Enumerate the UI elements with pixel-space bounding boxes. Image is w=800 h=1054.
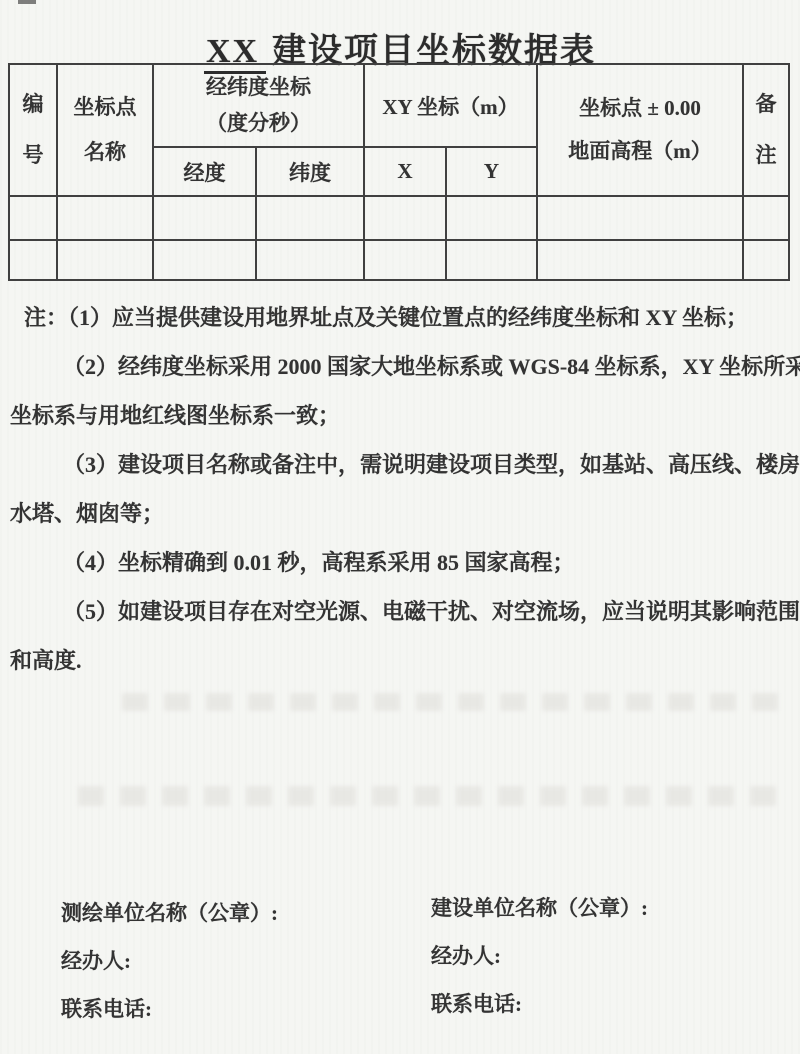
cell-index <box>9 196 57 240</box>
construction-unit-name-label: 建设单位名称（公章）: <box>431 884 648 932</box>
cell-y <box>446 240 537 280</box>
col-group-xy: XY 坐标（m） <box>364 64 537 147</box>
note-line-5b: 和高度. <box>8 636 794 685</box>
col-group-latlon: 经纬度坐标 （度分秒） <box>153 64 364 147</box>
note-line-4: （4）坐标精确到 0.01 秒，高程系采用 85 国家高程； <box>8 538 794 587</box>
col-header-point-name: 坐标点名称 <box>57 64 153 196</box>
cell-latitude <box>256 196 364 240</box>
construction-agent-label: 经办人: <box>431 932 648 980</box>
cell-point-name <box>57 196 153 240</box>
surveying-phone-label: 联系电话: <box>61 985 278 1033</box>
col-header-index: 编号 <box>9 64 57 196</box>
construction-unit-signature-block: 建设单位名称（公章）: 经办人: 联系电话: <box>431 884 648 1028</box>
coordinate-data-table: 编号 坐标点名称 经纬度坐标 （度分秒） XY 坐标（m） 坐标点 ± 0.00… <box>8 63 790 281</box>
notes-section: 注：（1）应当提供建设用地界址点及关键位置点的经纬度坐标和 XY 坐标； （2）… <box>8 293 794 685</box>
cell-longitude <box>153 240 256 280</box>
construction-phone-label: 联系电话: <box>431 980 648 1028</box>
col-header-remark: 备注 <box>743 64 789 196</box>
col-header-elevation-line2: 地面高程（m） <box>538 130 742 173</box>
col-group-latlon-line1: 经纬度坐标 <box>154 70 363 106</box>
note-line-3b: 水塔、烟囱等； <box>8 489 794 538</box>
cell-elevation <box>537 240 743 280</box>
note-line-2b: 坐标系与用地红线图坐标系一致； <box>8 391 794 440</box>
bleedthrough-artifact <box>78 786 784 806</box>
cell-latitude <box>256 240 364 280</box>
col-header-elevation: 坐标点 ± 0.00 地面高程（m） <box>537 64 743 196</box>
cell-elevation <box>537 196 743 240</box>
cell-remark <box>743 196 789 240</box>
cell-remark <box>743 240 789 280</box>
table-row <box>9 196 789 240</box>
surveying-unit-name-label: 测绘单位名称（公章）: <box>61 889 278 937</box>
col-header-elevation-line1: 坐标点 ± 0.00 <box>538 87 742 130</box>
note-line-5: （5）如建设项目存在对空光源、电磁干扰、对空流场，应当说明其影响范围 <box>8 587 794 636</box>
note-line-1: 注：（1）应当提供建设用地界址点及关键位置点的经纬度坐标和 XY 坐标； <box>8 293 794 342</box>
bleedthrough-artifact <box>122 693 782 711</box>
cell-point-name <box>57 240 153 280</box>
cell-x <box>364 196 446 240</box>
scan-speck-artifact <box>18 0 36 4</box>
col-header-x: X <box>364 147 446 196</box>
col-header-index-label: 编号 <box>21 79 44 182</box>
surveying-unit-signature-block: 测绘单位名称（公章）: 经办人: 联系电话: <box>61 889 278 1033</box>
note-line-3: （3）建设项目名称或备注中，需说明建设项目类型，如基站、高压线、楼房、 <box>8 440 794 489</box>
col-header-longitude: 经度 <box>153 147 256 196</box>
cell-y <box>446 196 537 240</box>
cell-x <box>364 240 446 280</box>
cell-longitude <box>153 196 256 240</box>
surveying-agent-label: 经办人: <box>61 937 278 985</box>
col-header-y: Y <box>446 147 537 196</box>
table-row <box>9 240 789 280</box>
col-header-point-name-label: 坐标点名称 <box>71 85 139 175</box>
col-header-remark-label: 备注 <box>754 79 777 182</box>
cell-index <box>9 240 57 280</box>
col-group-latlon-line2: （度分秒） <box>154 106 363 142</box>
col-header-latitude: 纬度 <box>256 147 364 196</box>
note-line-2: （2）经纬度坐标采用 2000 国家大地坐标系或 WGS-84 坐标系，XY 坐… <box>8 342 794 391</box>
